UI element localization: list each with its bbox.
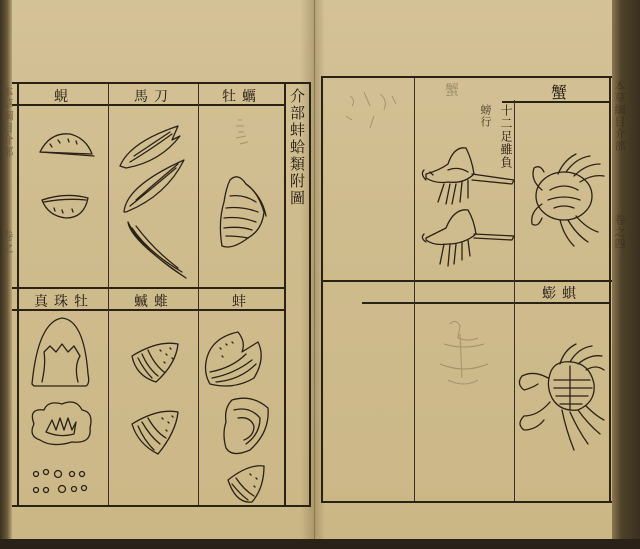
margin-text: 本草綱目介部 (2, 86, 13, 158)
book-edge-left (0, 0, 12, 549)
label-weisui: 蝛蜼 (110, 291, 198, 311)
book-spread: 本草綱目介部 卷之 蜆 馬刀 牡蠣 介部蚌蛤類附圖 真珠牡 蝛蜼 蚌 (0, 0, 640, 549)
column-divider (198, 84, 199, 505)
limpet-illustration (128, 336, 184, 466)
bottom-border (322, 501, 612, 503)
gutter-shadow (315, 0, 325, 540)
column-divider (108, 84, 109, 505)
crab-top-view-illustration (520, 150, 608, 254)
label-xie: 蟹 (516, 80, 608, 103)
top-border (12, 82, 310, 84)
row-divider (12, 287, 284, 289)
label-madao: 馬刀 (110, 86, 198, 106)
mussel-illustration (202, 328, 272, 508)
left-border (321, 76, 323, 503)
label-zhenzhumu: 真珠牡 (20, 291, 108, 311)
column-divider (414, 78, 415, 501)
clam-shells-illustration (36, 130, 100, 230)
gutter-shadow (300, 0, 314, 540)
margin-text-lower: 卷之四 (614, 214, 625, 250)
row-divider (322, 280, 612, 282)
margin-text: 本草綱目介部 (614, 80, 625, 152)
caption-divider (284, 82, 286, 507)
razor-clam-illustration (116, 122, 194, 282)
margin-text-lower: 卷之 (2, 230, 13, 254)
top-border (322, 76, 612, 78)
label-pengqi: 蟛蜞 (516, 283, 608, 303)
margin-line (17, 82, 19, 507)
crab-lateral-illustration (418, 140, 518, 270)
crab-spiny-illustration (514, 340, 606, 460)
label-xian: 蜆 (20, 86, 108, 106)
section-caption: 介部蚌蛤類附圖 (289, 88, 304, 207)
bleed-through-marks (330, 86, 410, 136)
pearl-oyster-illustration (28, 314, 94, 498)
right-border (609, 76, 611, 503)
book-bottom-shadow (0, 539, 640, 549)
annotation-side: 螃行 (480, 104, 491, 128)
label-bang: 蚌 (200, 291, 284, 311)
label-muli: 牡蠣 (200, 86, 284, 106)
label-faint-bleed: 蟹 (440, 80, 470, 100)
right-border (309, 82, 311, 507)
oyster-illustration (208, 112, 278, 252)
bleed-through-crab (430, 314, 500, 404)
